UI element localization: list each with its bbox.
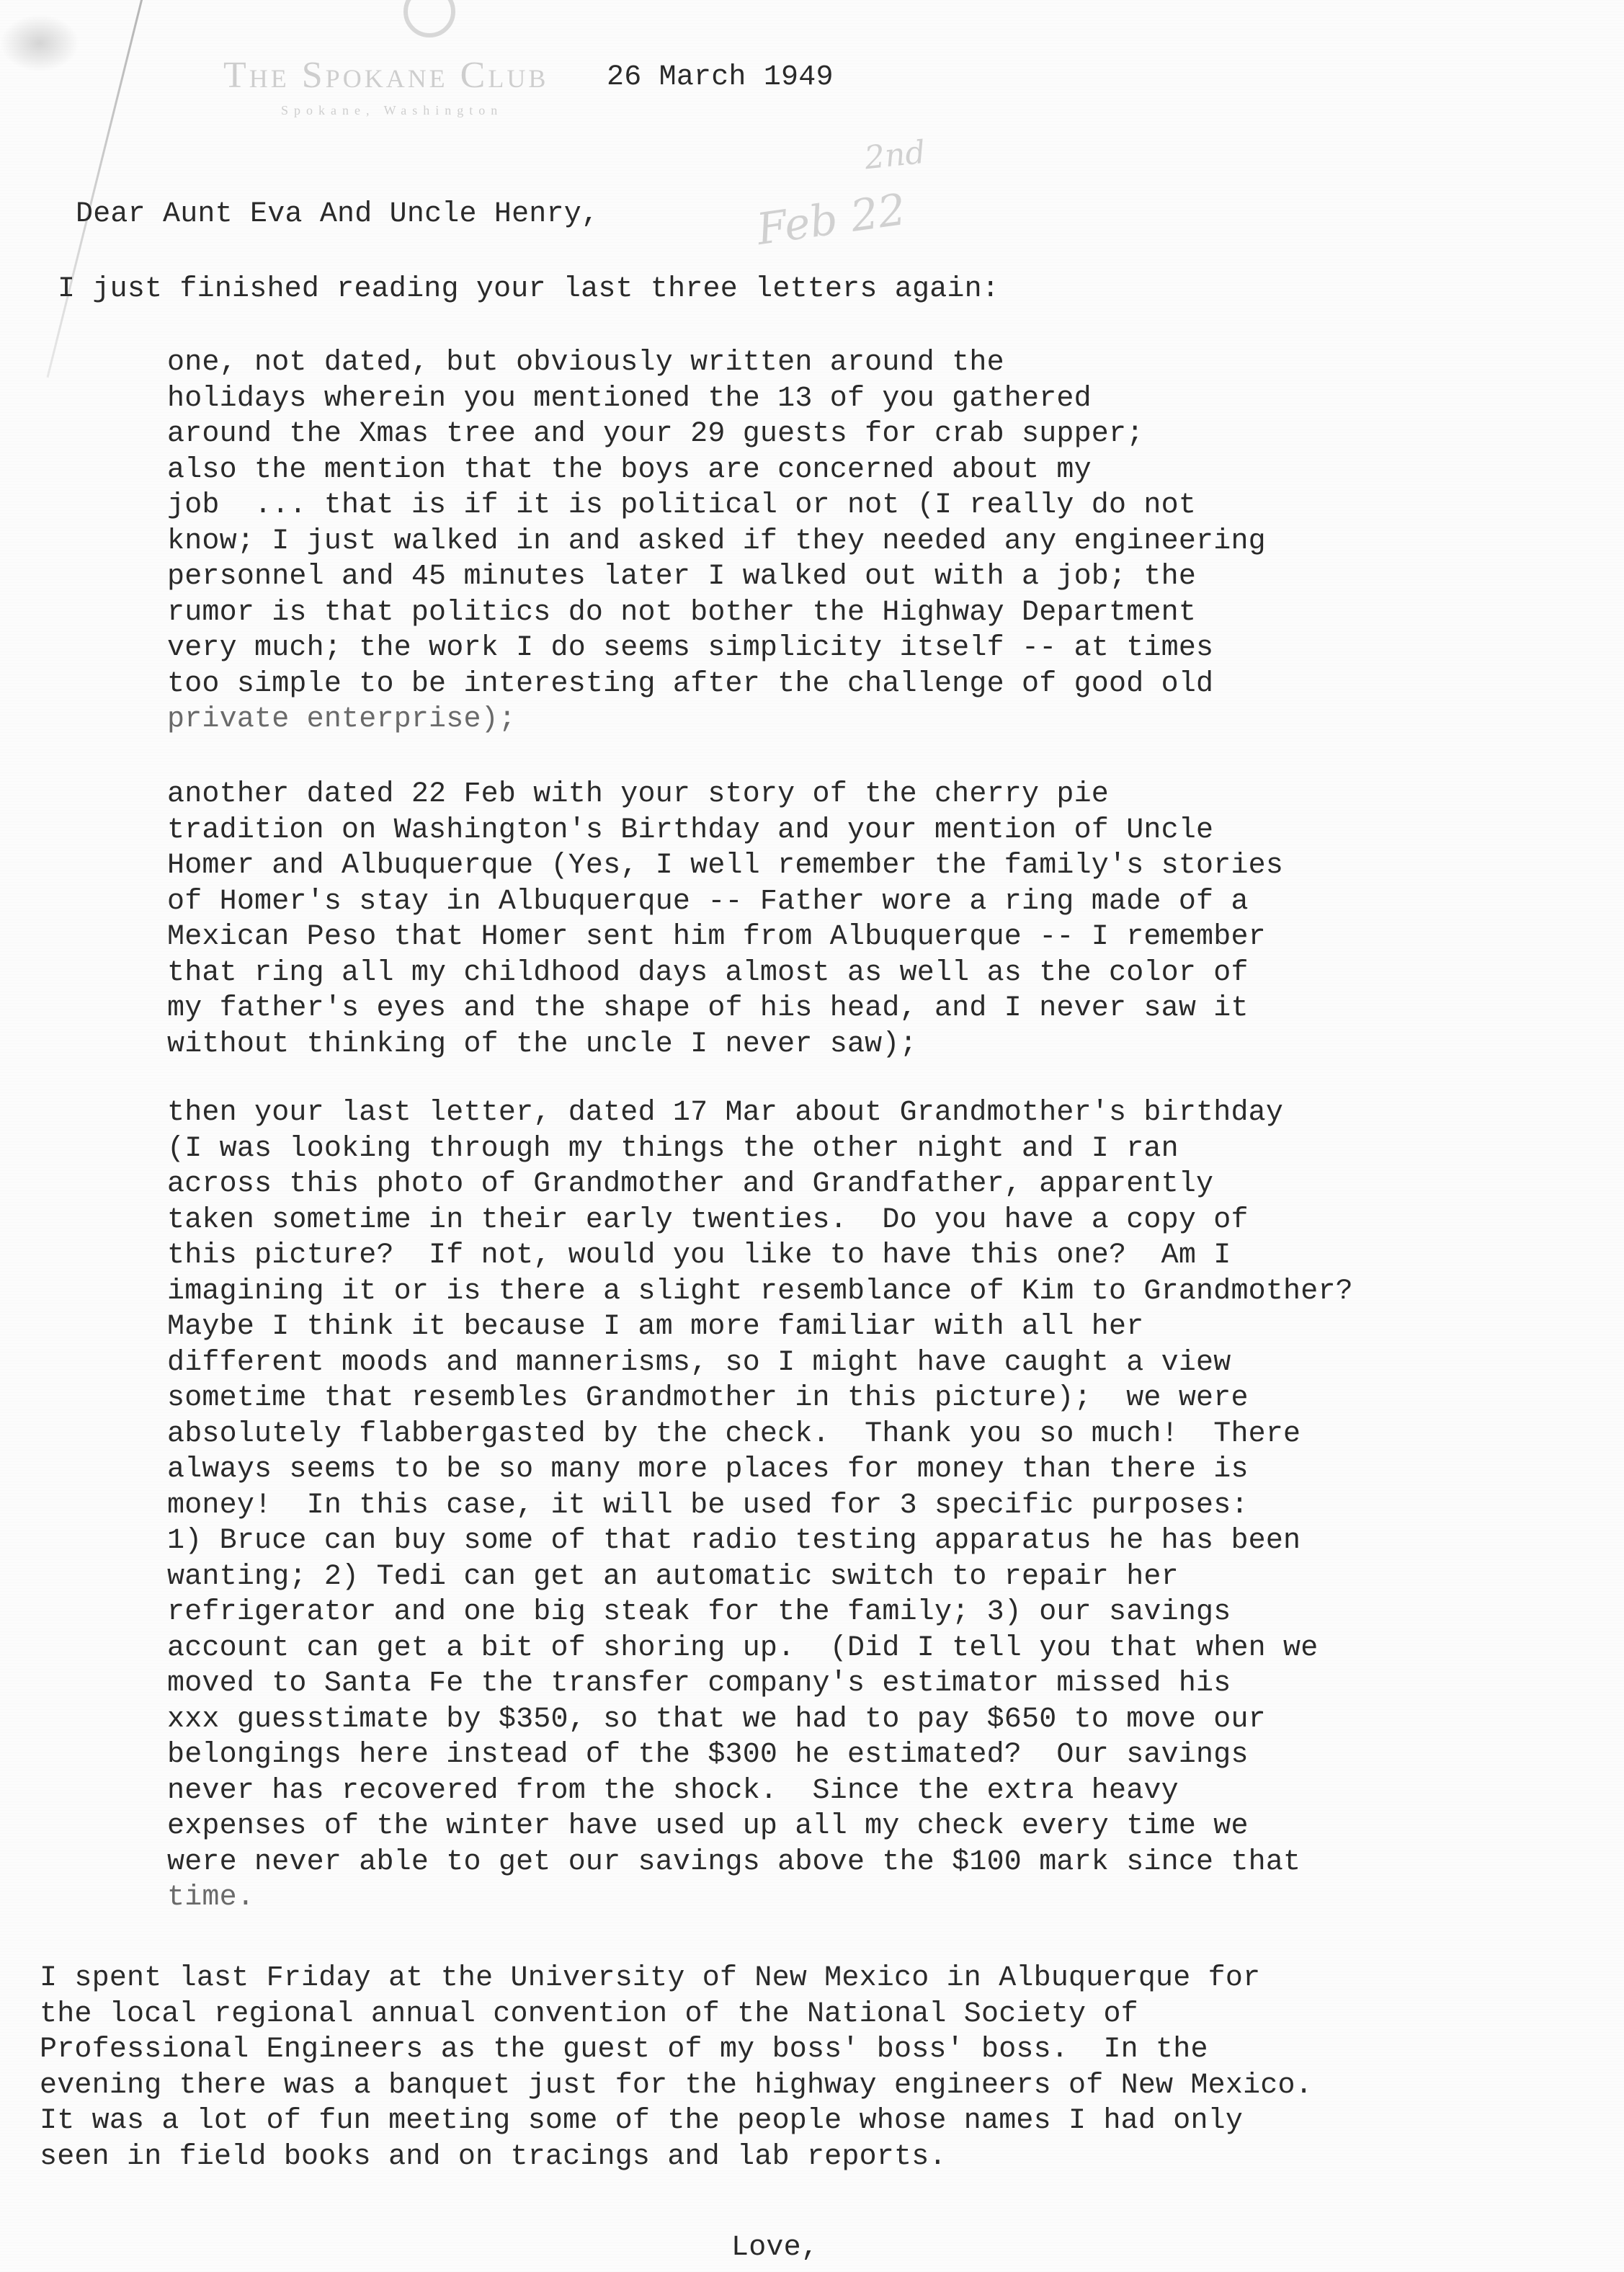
paragraph-first-letter: one, not dated, but obviously written ar… [167,349,1266,741]
text-line: moved to Santa Fe the transfer company's… [167,1670,1353,1706]
text-line: Maybe I think it because I am more famil… [167,1313,1353,1349]
letterhead-location: Spokane, Washington [281,103,503,118]
text-line: this picture? If not, would you like to … [167,1242,1353,1278]
text-line: my father's eyes and the shape of his he… [167,994,1283,1030]
letterhead-name: The Spokane Club [223,54,548,97]
text-line: across this photo of Grandmother and Gra… [167,1170,1353,1206]
text-line: without thinking of the uncle I never sa… [167,1030,1283,1066]
text-line: (I was looking through my things the oth… [167,1135,1353,1171]
letterhead-seal-icon [403,0,455,37]
paragraph-convention: I spent last Friday at the University of… [40,1964,1313,2178]
text-line: private enterprise); [167,705,1266,741]
text-line: seen in field books and on tracings and … [40,2143,1313,2179]
text-line: imagining it or is there a slight resemb… [167,1278,1353,1314]
margin-note: Feb 22 [754,184,909,255]
text-line: It was a lot of fun meeting some of the … [40,2107,1313,2143]
letter-page: The Spokane Club Spokane, Washington Feb… [0,0,1624,2272]
text-line: personnel and 45 minutes later I walked … [167,563,1266,599]
paragraph-last-letter: then your last letter, dated 17 Mar abou… [167,1099,1353,1920]
text-line: wanting; 2) Tedi can get an automatic sw… [167,1563,1353,1599]
text-line: were never able to get our savings above… [167,1848,1353,1884]
text-line: 1) Bruce can buy some of that radio test… [167,1527,1353,1563]
text-line: I spent last Friday at the University of… [40,1964,1313,2000]
text-line: job ... that is if it is political or no… [167,491,1266,527]
text-line: very much; the work I do seems simplicit… [167,634,1266,670]
text-line: taken sometime in their early twenties. … [167,1206,1353,1242]
text-line: Homer and Albuquerque (Yes, I well remem… [167,852,1283,888]
text-line: account can get a bit of shoring up. (Di… [167,1634,1353,1670]
text-line: expenses of the winter have used up all … [167,1812,1353,1848]
text-line: tradition on Washington's Birthday and y… [167,816,1283,852]
text-line: that ring all my childhood days almost a… [167,959,1283,995]
text-line: xxx guesstimate by $350, so that we had … [167,1706,1353,1742]
text-line: evening there was a banquet just for the… [40,2072,1313,2108]
signoff: Love, [731,2234,818,2263]
text-line: also the mention that the boys are conce… [167,456,1266,492]
text-line: always seems to be so many more places f… [167,1456,1353,1492]
text-line: absolutely flabbergasted by the check. T… [167,1420,1353,1456]
text-line: Professional Engineers as the guest of m… [40,2036,1313,2072]
text-line: belongings here instead of the $300 he e… [167,1741,1353,1777]
text-line: sometime that resembles Grandmother in t… [167,1384,1353,1420]
text-line: of Homer's stay in Albuquerque -- Father… [167,888,1283,924]
text-line: never has recovered from the shock. Sinc… [167,1777,1353,1813]
letter-date: 26 March 1949 [607,63,834,92]
text-line: too simple to be interesting after the c… [167,670,1266,706]
text-line: one, not dated, but obviously written ar… [167,349,1266,385]
text-line: holidays wherein you mentioned the 13 of… [167,385,1266,421]
text-line: time. [167,1884,1353,1920]
text-line: different moods and mannerisms, so I mig… [167,1349,1353,1385]
margin-note: 2nd [863,134,927,177]
text-line: know; I just walked in and asked if they… [167,527,1266,563]
paragraph-second-letter: another dated 22 Feb with your story of … [167,780,1283,1066]
paper-smudge [0,14,79,72]
text-line: rumor is that politics do not bother the… [167,599,1266,635]
intro-line: I just finished reading your last three … [58,275,999,304]
text-line: refrigerator and one big steak for the f… [167,1598,1353,1634]
text-line: money! In this case, it will be used for… [167,1492,1353,1528]
text-line: then your last letter, dated 17 Mar abou… [167,1099,1353,1135]
text-line: another dated 22 Feb with your story of … [167,780,1283,816]
text-line: Mexican Peso that Homer sent him from Al… [167,923,1283,959]
salutation: Dear Aunt Eva And Uncle Henry, [76,200,599,229]
text-line: the local regional annual convention of … [40,2000,1313,2036]
text-line: around the Xmas tree and your 29 guests … [167,420,1266,456]
